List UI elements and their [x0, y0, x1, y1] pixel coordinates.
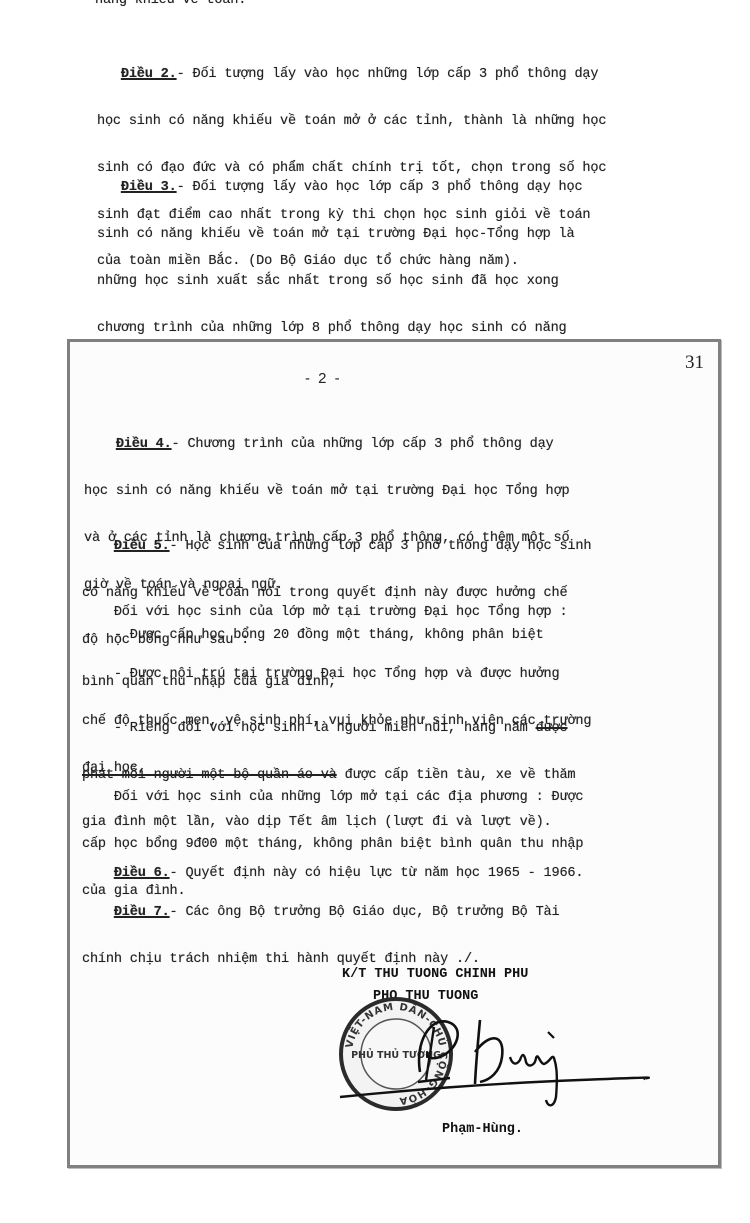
article-7-heading: Điều 7. — [114, 905, 170, 920]
text-line: - Riêng đối với học sinh là người miền n… — [114, 721, 536, 736]
article-7-line-1: Điều 7.- Các ông Bộ trưởng Bộ Giáo dục, … — [82, 905, 559, 921]
text-line: học sinh có năng khiếu về toán mở tại tr… — [84, 484, 569, 500]
article-2-line-1: Điều 2.- Đối tượng lấy vào học những lớp… — [97, 67, 606, 83]
text-line: - Được nội trú tại trường Đại học Tổng h… — [114, 667, 560, 682]
page-number: 31 — [685, 352, 704, 374]
signatory-name: Phạm-Hùng. — [442, 1122, 523, 1137]
article-5-heading: Điều 5. — [114, 539, 170, 554]
article-4-heading: Điều 4. — [116, 437, 172, 452]
page-label: - 2 - — [305, 370, 342, 387]
benefit-2-line-1: - Được nội trú tại trường Đại học Tổng h… — [82, 667, 591, 683]
text-line: - Học sinh của những lớp cấp 3 phổ thông… — [170, 539, 592, 554]
text-line: chương trình của những lớp 8 phổ thông d… — [97, 321, 630, 337]
benefit-3-line-1: - Riêng đối với học sinh là người miền n… — [82, 721, 575, 737]
article-4-line-1: Điều 4.- Chương trình của những lớp cấp … — [84, 437, 569, 453]
text-line: - Đối tượng lấy vào học những lớp cấp 3 … — [177, 67, 599, 82]
handwritten-signature-icon — [330, 1002, 650, 1117]
text-line: - Các ông Bộ trưởng Bộ Giáo dục, Bộ trưở… — [170, 905, 560, 920]
text-line: chính chịu trách nhiệm thi hành quyết đị… — [82, 952, 559, 968]
signature-title-1: K/T THU TUONG CHINH PHU — [342, 967, 528, 982]
article-3-line-1: Điều 3.- Đối tượng lấy vào học lớp cấp 3… — [97, 180, 630, 196]
article-3-heading: Điều 3. — [121, 180, 177, 195]
text-line: những học sinh xuất sắc nhất trong số họ… — [97, 274, 630, 290]
previous-page-continuation: năng khiếu về toán. Điều 2.- Đối tượng l… — [0, 0, 750, 300]
local-classes-line-1: Đối với học sinh của những lớp mở tại cá… — [82, 790, 583, 806]
text-line: sinh có năng khiếu về toán mở tại trường… — [97, 227, 630, 243]
text-line: - Đối tượng lấy vào học lớp cấp 3 phổ th… — [177, 180, 583, 195]
text-line: Đối với học sinh của những lớp mở tại cá… — [114, 790, 584, 805]
page-2-frame: 31 - 2 - Điều 4.- Chương trình của những… — [67, 339, 721, 1168]
text-line: - Chương trình của những lớp cấp 3 phổ t… — [172, 437, 554, 452]
article-2-heading: Điều 2. — [121, 67, 177, 82]
article-5-line-1: Điều 5.- Học sinh của những lớp cấp 3 ph… — [82, 539, 591, 555]
struck-text: được — [536, 721, 568, 736]
cut-off-line: năng khiếu về toán. — [95, 0, 246, 9]
text-line: học sinh có năng khiếu về toán mở ở các … — [97, 114, 606, 130]
